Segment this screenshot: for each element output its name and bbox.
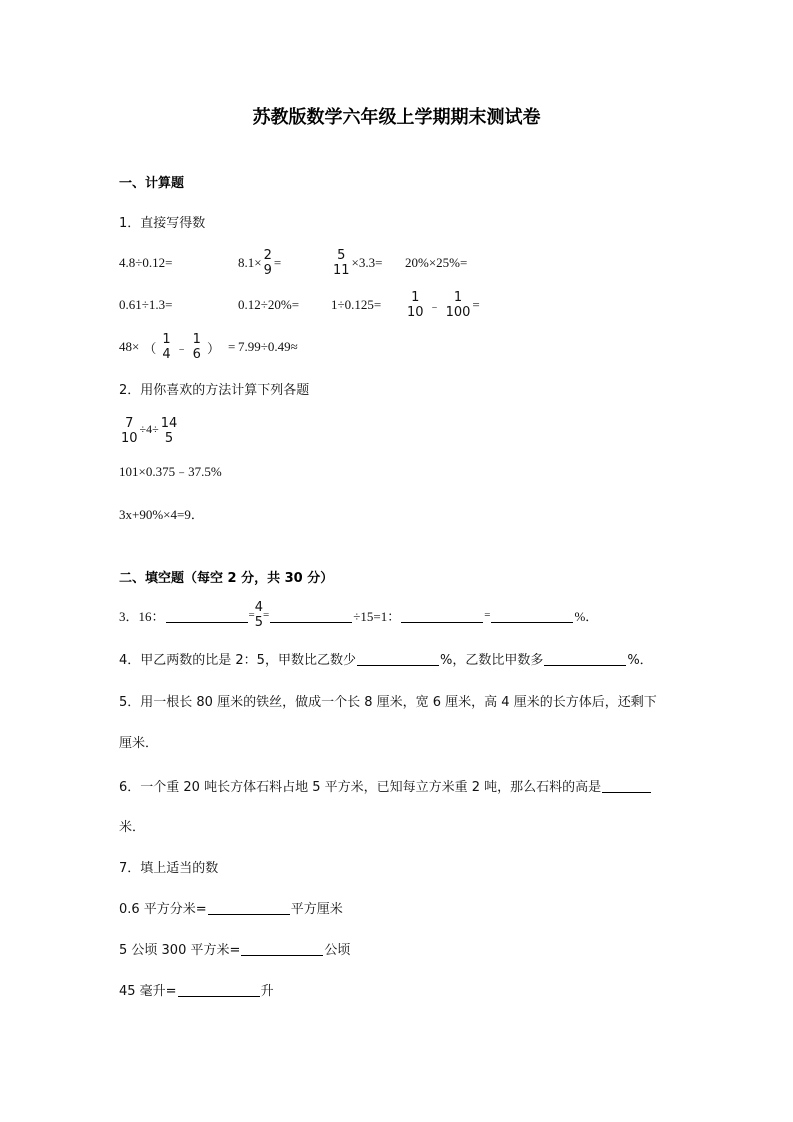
question-text: 平方厘米 <box>291 898 343 917</box>
fraction: 7 10 <box>121 416 138 446</box>
question-number: 6． <box>119 776 140 795</box>
numerator: 1 <box>162 332 170 347</box>
question-text: 0.6 平方分米= <box>119 898 207 917</box>
minus-operator: ﹣ <box>176 339 188 356</box>
question-text: 45 毫升= <box>119 980 177 999</box>
calc-expression: 1÷0.125= <box>331 297 381 313</box>
calc-item: 4.8÷0.12= <box>119 246 172 280</box>
question-number: 2． <box>119 379 140 398</box>
numerator: 4 <box>255 600 263 615</box>
calc-item: 20%×25%= <box>405 246 467 280</box>
question-5-line-2: 厘米． <box>119 729 158 753</box>
calc-item: 7.99÷0.49≈ <box>238 330 298 364</box>
denominator: 10 <box>121 431 138 446</box>
close-paren: ） <box>207 338 220 357</box>
question-text: 16： <box>139 606 165 625</box>
calc-expression: 101×0.375﹣37.5% <box>119 461 222 480</box>
denominator: 9 <box>264 263 272 278</box>
question-5-line-1: 5． 用一根长 80 厘米的铁丝，做成一个长 8 厘米，宽 6 厘米，高 4 厘… <box>119 688 657 712</box>
denominator: 5 <box>255 615 263 630</box>
document-title: 苏教版数学六年级上学期期末测试卷 <box>0 103 793 129</box>
calc-item: 3x+90%×4=9． <box>119 501 204 525</box>
question-text: 用你喜欢的方法计算下列各题 <box>140 379 309 398</box>
fraction: 14 5 <box>161 416 178 446</box>
question-text: 米． <box>119 816 145 835</box>
question-number: 5． <box>119 691 140 710</box>
calc-expression: 0.12÷20%= <box>238 297 299 313</box>
numerator: 7 <box>125 416 133 431</box>
conversion-item: 5 公顷 300 平方米= 公顷 <box>119 936 350 960</box>
answer-blank[interactable] <box>544 651 626 666</box>
denominator: 5 <box>165 431 173 446</box>
answer-blank[interactable] <box>178 982 260 997</box>
fraction: 2 9 <box>264 248 272 278</box>
conversion-item: 45 毫升= 升 <box>119 977 274 1001</box>
question-text: %． <box>574 606 598 625</box>
calc-item: 7 10 ÷4÷ 14 5 <box>119 414 179 448</box>
question-text: %． <box>627 649 652 668</box>
calc-expression: 3x+90%×4=9． <box>119 504 204 523</box>
numerator: 2 <box>264 248 272 263</box>
calc-expression: 48× <box>119 339 139 355</box>
answer-blank[interactable] <box>401 608 483 623</box>
question-6-line-2: 米． <box>119 813 145 837</box>
answer-blank[interactable] <box>491 608 573 623</box>
denominator: 11 <box>333 263 350 278</box>
calc-expression: ÷4÷ <box>140 422 159 437</box>
question-text: = <box>263 609 269 621</box>
fraction: 1 4 <box>162 332 170 362</box>
answer-blank[interactable] <box>241 941 323 956</box>
question-7-prompt: 7． 填上适当的数 <box>119 854 218 878</box>
question-3: 3． 16： = 4 5 = ÷15=1： = %． <box>119 598 598 632</box>
question-number: 1． <box>119 212 140 231</box>
question-text: = <box>484 609 490 621</box>
numerator: 5 <box>337 248 345 263</box>
calc-expression: ×3.3= <box>352 255 383 271</box>
denominator: 6 <box>193 347 201 362</box>
question-6-line-1: 6． 一个重 20 吨长方体石料占地 5 平方米，已知每立方米重 2 吨，那么石… <box>119 773 652 797</box>
calc-item: 1 10 ﹣ 1 100 = <box>405 288 480 322</box>
answer-blank[interactable] <box>602 778 651 793</box>
question-text: 公顷 <box>324 939 350 958</box>
section-heading-calculation: 一、计算题 <box>119 172 184 191</box>
calc-item: 48× （ 1 4 ﹣ 1 6 ） = <box>119 330 235 364</box>
question-text: 5 公顷 300 平方米= <box>119 939 240 958</box>
calc-expression: 20%×25%= <box>405 255 467 271</box>
question-4: 4． 甲乙两数的比是 2：5，甲数比乙数少 %，乙数比甲数多 %． <box>119 646 653 670</box>
calc-expression: = <box>274 255 281 271</box>
question-text: 一个重 20 吨长方体石料占地 5 平方米，已知每立方米重 2 吨，那么石料的高… <box>140 776 601 795</box>
conversion-item: 0.6 平方分米= 平方厘米 <box>119 895 343 919</box>
answer-blank[interactable] <box>357 651 439 666</box>
question-text: 甲乙两数的比是 2：5，甲数比乙数少 <box>140 649 356 668</box>
calc-item: 0.61÷1.3= <box>119 288 172 322</box>
question-text: 用一根长 80 厘米的铁丝，做成一个长 8 厘米，宽 6 厘米，高 4 厘米的长… <box>140 691 656 710</box>
calc-expression: = <box>472 297 479 313</box>
open-paren: （ <box>143 338 156 357</box>
numerator: 1 <box>193 332 201 347</box>
numerator: 14 <box>161 416 178 431</box>
question-text: 直接写得数 <box>140 212 205 231</box>
calc-item: 1÷0.125= <box>331 288 381 322</box>
calc-expression: 4.8÷0.12= <box>119 255 172 271</box>
fraction: 4 5 <box>255 600 263 630</box>
exam-page: 苏教版数学六年级上学期期末测试卷 一、计算题 1． 直接写得数 4.8÷0.12… <box>0 0 793 1122</box>
calc-item: 5 11 ×3.3= <box>331 246 382 280</box>
minus-operator: ﹣ <box>429 297 441 314</box>
question-1-prompt: 1． 直接写得数 <box>119 209 205 233</box>
question-number: 7． <box>119 857 140 876</box>
calc-item: 0.12÷20%= <box>238 288 299 322</box>
fraction: 1 6 <box>193 332 201 362</box>
calc-expression: 8.1× <box>238 255 262 271</box>
question-text: %，乙数比甲数多 <box>440 649 543 668</box>
calc-expression: 7.99÷0.49≈ <box>238 339 298 355</box>
calc-expression: = <box>228 339 235 355</box>
question-number: 4． <box>119 649 140 668</box>
denominator: 100 <box>446 305 471 320</box>
section-heading-fill-blank: 二、填空题（每空 2 分，共 30 分） <box>119 567 333 586</box>
question-number: 3． <box>119 606 139 625</box>
denominator: 10 <box>407 305 424 320</box>
question-text: 升 <box>261 980 274 999</box>
calc-item: 8.1× 2 9 = <box>238 246 281 280</box>
answer-blank[interactable] <box>208 900 290 915</box>
fraction: 5 11 <box>333 248 350 278</box>
answer-blank[interactable] <box>166 608 248 623</box>
numerator: 1 <box>411 290 419 305</box>
question-text: ÷15=1： <box>353 606 400 625</box>
fraction: 1 100 <box>446 290 471 320</box>
calc-expression: 0.61÷1.3= <box>119 297 172 313</box>
fraction: 1 10 <box>407 290 424 320</box>
calc-item: 101×0.375﹣37.5% <box>119 458 222 482</box>
denominator: 4 <box>162 347 170 362</box>
question-2-prompt: 2． 用你喜欢的方法计算下列各题 <box>119 376 309 400</box>
answer-blank[interactable] <box>270 608 352 623</box>
question-text: 厘米． <box>119 732 158 751</box>
question-text: 填上适当的数 <box>140 857 218 876</box>
numerator: 1 <box>454 290 462 305</box>
